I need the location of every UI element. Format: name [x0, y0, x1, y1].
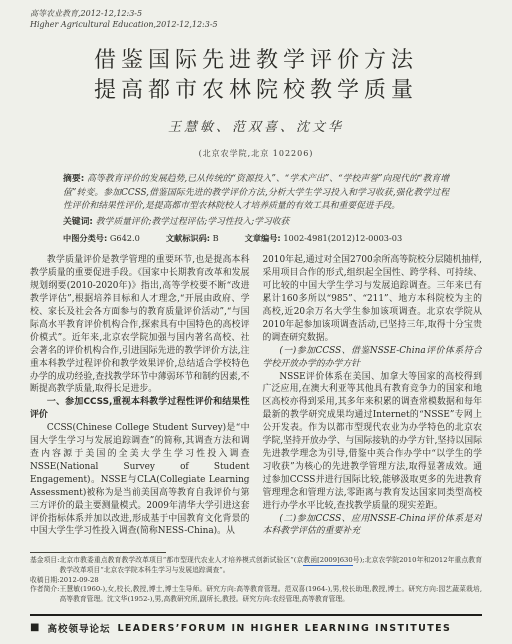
subsection-heading-2: (二)参加CCSS、应用NSSE-China评价体系是对本科教学评估的重要补充 [263, 513, 483, 539]
left-paragraph-2: CCSS(Chinese College Student Survey)是“中国… [30, 422, 250, 538]
articleno-pair: 文章编号: 1002-4981(2012)12-0003-03 [245, 232, 403, 245]
abstract-label: 摘要: [63, 174, 84, 184]
footer-section-cn: 高校领导论坛 [47, 621, 110, 635]
keywords-label: 关键词: [63, 217, 93, 227]
authors-line: 王慧敏、范双喜、沈文华 [30, 116, 482, 135]
footnotes: 基金项目: 北京市教委重点教育教学改革项目“都市型现代农业人才培养模式创新试验区… [30, 556, 482, 604]
right-paragraph-1: 2010年起,通过对全国2700余所高等院校分层随机抽样,采用项目合作的形式,组… [263, 254, 483, 344]
received-footnote: 收稿日期: 2012-09-28 [30, 576, 482, 586]
doccode-value: B [213, 233, 219, 243]
clc-pair: 中图分类号: G642.0 [63, 232, 140, 245]
body-left-column: 教学质量评价是教学管理的重要环节,也是提高本科教学质量的重要促进手段。《国家中长… [30, 254, 250, 548]
section-heading-1: 一、参加CCSS,重视本科教学过程性评价和结果性评价 [30, 396, 250, 422]
right-paragraph-2: NSSE评价体系在美国、加拿大等国家的高校得到广泛应用,在澳大利亚等其他具有教育… [263, 371, 483, 513]
body-columns: 教学质量评价是教学管理的重要环节,也是提高本科教学质量的重要促进手段。《国家中长… [30, 254, 482, 548]
affiliation-line: (北京农学院,北京 102206) [30, 148, 482, 159]
journal-name-cn: 高等农业教育,2012-12,12:3-5 [30, 8, 482, 19]
footnote-separator [30, 552, 166, 553]
article-title-line1: 借鉴国际先进教学评价方法 [30, 46, 482, 76]
footer-rule [30, 614, 482, 616]
bio-text: 王慧敏(1960-),女,校长,教授,博士,博士生导师。研究方向:高等教育管理。… [59, 585, 482, 604]
footer-text: ■ 高校领导论坛 LEADERS’FORUM IN HIGHER LEARNIN… [30, 621, 482, 635]
footer-section-en: LEADERS’FORUM IN HIGHER LEARNING INSTITU… [117, 623, 451, 634]
meta-line: 中图分类号: G642.0 文献标识码: B 文章编号: 1002-4981(2… [63, 232, 449, 245]
page-footer: ■ 高校领导论坛 LEADERS’FORUM IN HIGHER LEARNIN… [30, 614, 482, 635]
fund-reference-link[interactable]: 教函[2009]630 [303, 556, 352, 566]
keywords-line: 关键词: 教学质量评价;教学过程评估;学习性投入;学习收获 [63, 216, 449, 230]
journal-header: 高等农业教育,2012-12,12:3-5 Higher Agricultura… [30, 8, 482, 30]
articleno-value: 1002-4981(2012)12-0003-03 [283, 233, 402, 243]
body-right-column: 2010年起,通过对全国2700余所高等院校分层随机抽样,采用项目合作的形式,组… [263, 254, 483, 548]
received-value: 2012-09-28 [59, 576, 482, 586]
article-title-line2: 提高都市农林院校教学质量 [30, 76, 482, 106]
left-paragraph-1: 教学质量评价是教学管理的重要环节,也是提高本科教学质量的重要促进手段。《国家中长… [30, 254, 250, 396]
scanned-article-page: 高等农业教育,2012-12,12:3-5 Higher Agricultura… [0, 0, 512, 644]
fund-footnote: 基金项目: 北京市教委重点教育教学改革项目“都市型现代农业人才培养模式创新试验区… [30, 556, 482, 575]
journal-name-en: Higher Agricultural Education,2012-12,12… [30, 19, 482, 30]
bio-label: 作者简介: [30, 585, 59, 604]
article-title: 借鉴国际先进教学评价方法 提高都市农林院校教学质量 [30, 46, 482, 106]
clc-label: 中图分类号: [63, 233, 107, 243]
articleno-label: 文章编号: [245, 233, 281, 243]
square-bullet-icon: ■ [30, 623, 40, 633]
fund-text-prefix: 北京市教委重点教育教学改革项目“都市型现代农业人才培养模式创新试验区”(京 [59, 556, 303, 564]
received-label: 收稿日期: [30, 576, 59, 586]
doccode-label: 文献标识码: [166, 233, 210, 243]
subsection-heading-1: (一)参加CCSS、借鉴NSSE-China评价体系符合学校开放办学的办学方针 [263, 345, 483, 371]
abstract-paragraph: 摘要: 高等教育评价的发展趋势,已从传统的“资源投入”、“学术产出”、“学校声誉… [63, 173, 449, 214]
doccode-pair: 文献标识码: B [166, 232, 219, 245]
abstract-block: 摘要: 高等教育评价的发展趋势,已从传统的“资源投入”、“学术产出”、“学校声誉… [63, 173, 449, 245]
keywords-text: 教学质量评价;教学过程评估;学习性投入;学习收获 [96, 217, 290, 227]
bio-footnote: 作者简介: 王慧敏(1960-),女,校长,教授,博士,博士生导师。研究方向:高… [30, 585, 482, 604]
clc-value: G642.0 [110, 233, 140, 243]
fund-text: 北京市教委重点教育教学改革项目“都市型现代农业人才培养模式创新试验区”(京教函[… [59, 556, 482, 575]
abstract-text: 高等教育评价的发展趋势,已从传统的“资源投入”、“学术产出”、“学校声誉”向现代… [63, 174, 449, 211]
fund-label: 基金项目: [30, 556, 59, 575]
